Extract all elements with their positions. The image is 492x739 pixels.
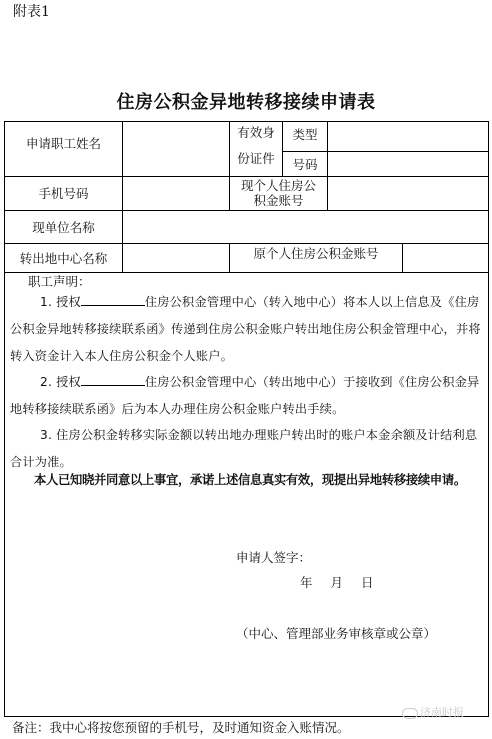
label-phone: 手机号码 [5,177,122,210]
watermark-text: 济南时报 [420,706,464,719]
declaration-item-3: 3. 住房公积金转移实际金额以转出地办理账户转出时的账户本金余额及计结利息合计为… [10,422,484,476]
authorized-center-blank-2[interactable] [81,373,145,386]
label-id-doc-line2: 份证件 [230,148,282,168]
original-account-field[interactable] [403,244,488,272]
phone-field[interactable] [123,177,229,210]
label-id-type: 类型 [283,122,327,146]
form-title: 住房公积金异地转移接续申请表 [0,88,492,114]
stamp-label: （中心、管理部业务审核章或公章） [236,624,436,642]
item-3-prefix: 3. [40,428,56,442]
appendix-label: 附表1 [13,1,50,21]
id-number-field[interactable] [328,152,488,176]
signature-label: 申请人签字： [236,548,311,566]
current-employer-field[interactable] [123,211,488,243]
label-applicant-name: 申请职工姓名 [5,122,122,164]
authorized-center-blank-1[interactable] [81,293,145,306]
pledge-statement: 本人已知晓并同意以上事宜，承诺上述信息真实有效，现提出异地转移接续申请。 [34,470,466,488]
footnote: 备注：我中心将按您预留的手机号，及时通知资金入账情况。 [12,718,350,736]
label-original-account: 原个人住房公积金账号 [230,244,402,262]
applicant-name-field[interactable] [123,122,229,176]
item-1-prefix: 1. 授权 [40,295,81,309]
item-2-prefix: 2. 授权 [40,375,81,389]
wechat-icon [402,708,418,719]
label-current-employer: 现单位名称 [5,211,122,243]
date-label: 年 月 日 [300,573,373,591]
transfer-out-center-field[interactable] [123,244,229,272]
watermark: 济南时报 [402,704,464,720]
label-current-account-line2: 积金账号 [230,192,327,208]
declaration-item-2: 2. 授权住房公积金管理中心（转出地中心）于接收到《住房公积金异地转移接续联系函… [10,369,484,423]
declaration-heading: 职工声明： [28,272,91,290]
id-type-field[interactable] [328,122,488,151]
label-id-number: 号码 [283,152,327,176]
label-transfer-out-center: 转出地中心名称 [5,244,122,272]
current-account-field[interactable] [328,177,488,210]
declaration-item-1: 1. 授权住房公积金管理中心（转入地中心）将本人以上信息及《住房公积金异地转移接… [10,289,484,370]
item-3-text: 住房公积金转移实际金额以转出地办理账户转出时的账户本金余额及计结利息合计为准。 [10,428,477,469]
label-id-doc-line1: 有效身 [230,122,282,142]
